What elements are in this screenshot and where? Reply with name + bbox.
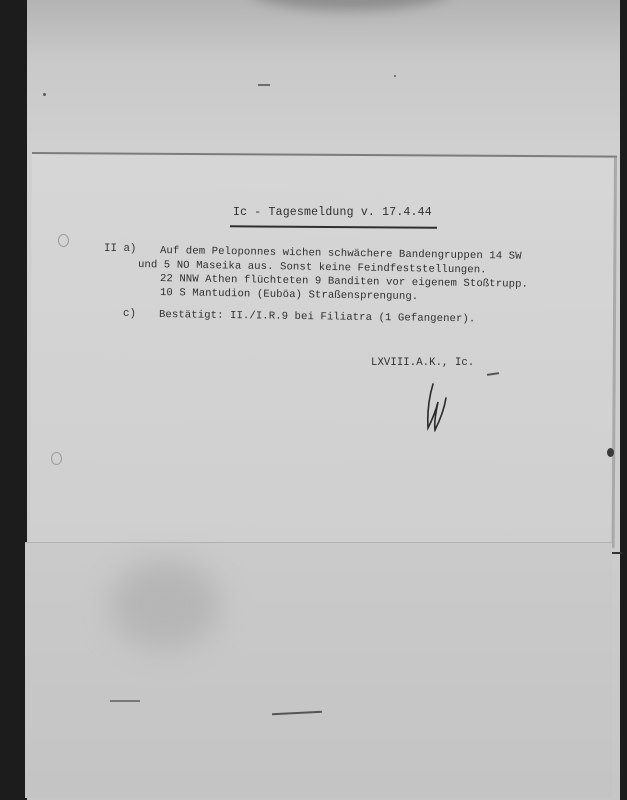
section-marker: II a) <box>104 243 136 255</box>
sender-line: LXVIII.A.K., Ic. <box>371 357 474 369</box>
punch-hole-icon <box>58 234 69 247</box>
lower-sheet <box>25 542 612 798</box>
document-title: Ic - Tagesmeldung v. 17.4.44 <box>233 206 432 219</box>
speck <box>394 75 396 77</box>
scratch-mark <box>110 700 140 702</box>
scratch-mark <box>258 84 270 86</box>
edge-tick <box>612 552 622 554</box>
punch-hole-icon <box>51 452 62 465</box>
section-marker: c) <box>123 308 136 320</box>
signature-icon <box>424 380 452 432</box>
ink-blot <box>607 448 614 457</box>
smudge <box>110 560 220 650</box>
speck <box>43 93 46 96</box>
